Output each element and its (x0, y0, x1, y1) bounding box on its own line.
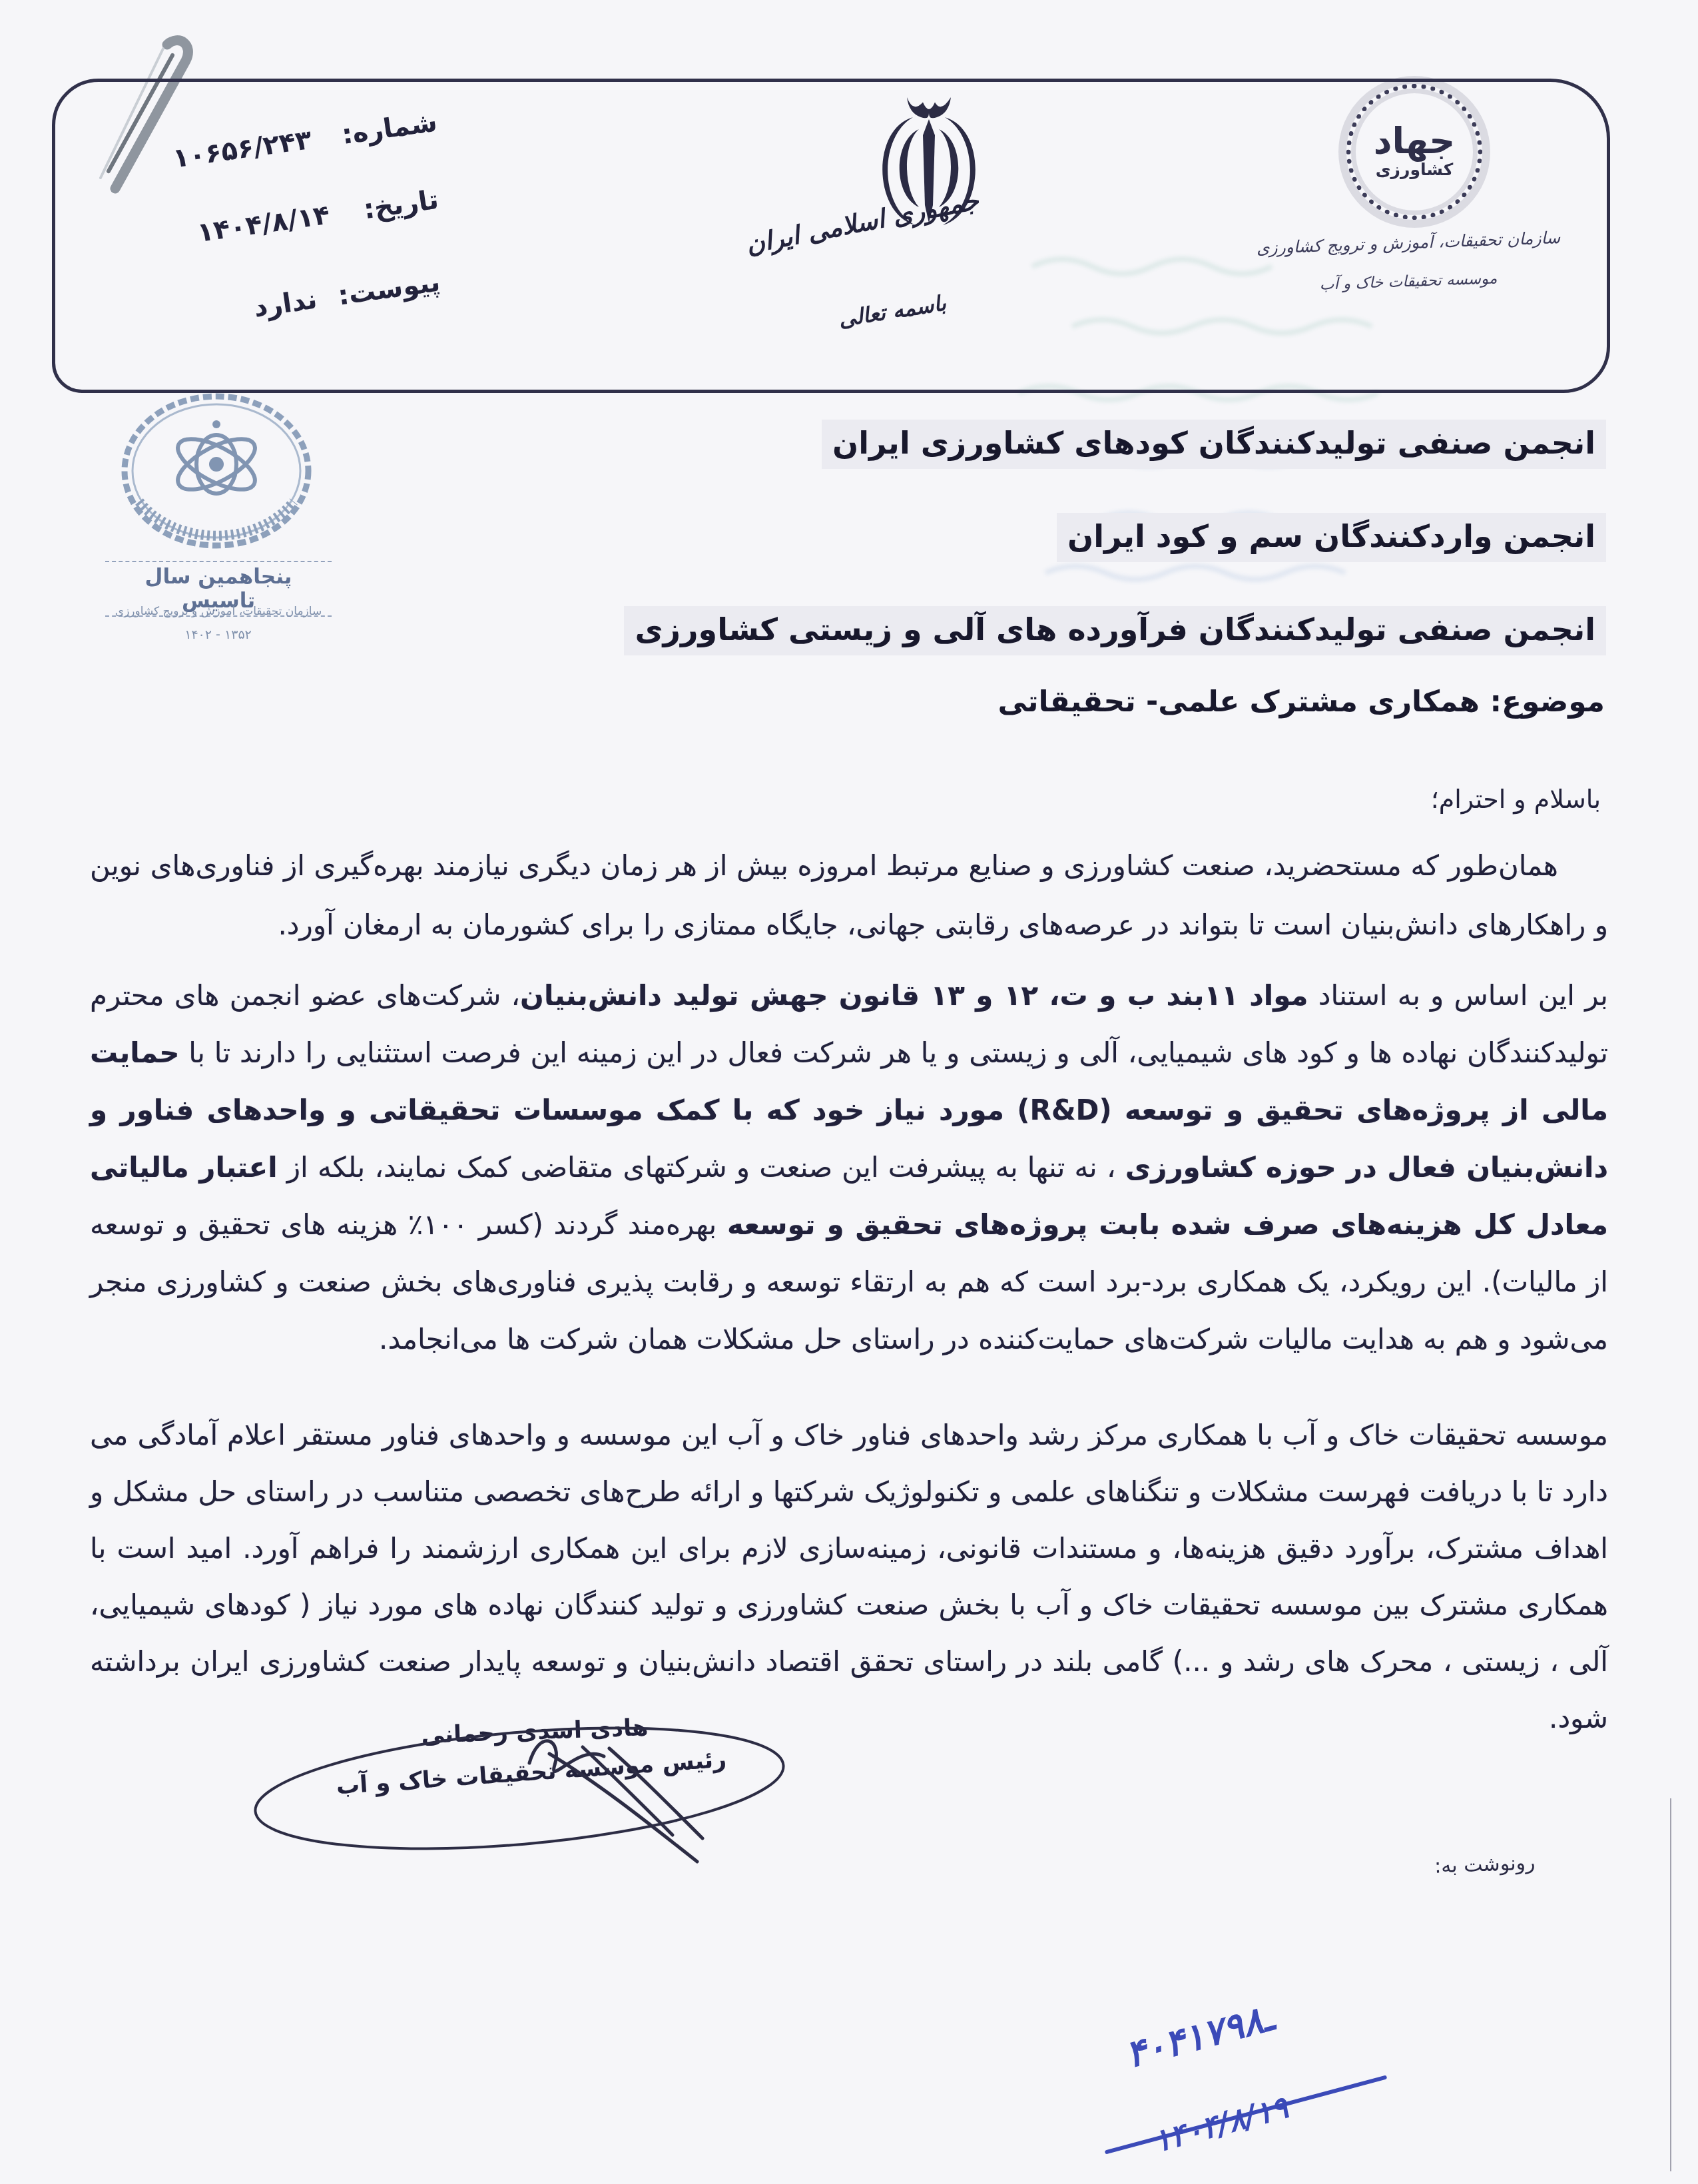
recipient-line-3: انجمن صنفی تولیدکنندگان فرآورده های آلی … (624, 606, 1606, 655)
handwritten-registry-date: ۱۴۰۴/۸/۱۹ (1150, 2089, 1292, 2159)
anniversary-stamp-years: ۱۳۵۲ - ۱۴۰۲ (137, 627, 300, 642)
p2-segment-1: بر این اساس و به استناد (1308, 979, 1608, 1012)
p2-segment-5: ، نه تنها به پیشرفت این صنعت و شرکتهای م… (278, 1151, 1125, 1184)
body-paragraph-1: همان‌طور که مستحضرید، صنعت کشاورزی و صنا… (90, 836, 1608, 954)
scanned-letter-page: شماره: ۱۰۶۵۶/۲۴۳ تاریخ: ۱۴۰۴/۸/۱۴ پیوست:… (0, 0, 1698, 2184)
iran-emblem-icon (869, 85, 989, 285)
copy-to-label: رونوشت به: (1434, 1851, 1536, 1878)
anniversary-stamp-subtitle: سازمان تحقیقات، آموزش و ترویج کشاورزی (99, 605, 338, 618)
body-paragraph-2: بر این اساس و به استناد مواد ۱۱بند ب و ت… (90, 967, 1608, 1368)
recipient-line-1: انجمن صنفی تولیدکنندگان کودهای کشاورزی ا… (822, 420, 1606, 469)
recipient-line-2: انجمن واردکنندگان سم و کود ایران (1057, 513, 1606, 562)
anniversary-stamp-artwork (117, 390, 316, 563)
body-paragraph-3: موسسه تحقیقات خاک و آب با همکاری مرکز رش… (90, 1407, 1608, 1746)
badge-line1: جهاد (1374, 123, 1456, 159)
p2-segment-2-bold: مواد ۱۱بند ب و ت، ۱۲ و ۱۳ قانون جهش تولی… (520, 979, 1308, 1012)
jahad-keshavarzi-logo: جهاد کشاورزی (1346, 84, 1482, 220)
handwritten-registry-number: ۴۰۴ـ۱۷۹۸ (1121, 1996, 1278, 2077)
signature-scrawl (236, 1702, 809, 1882)
subject-line: موضوع: همکاری مشترک علمی- تحقیقاتی (998, 685, 1605, 719)
greeting-line: باسلام و احترام؛ (1431, 785, 1601, 814)
scan-edge-artifact (1670, 1798, 1671, 2171)
badge-line2: کشاورزی (1376, 159, 1454, 181)
